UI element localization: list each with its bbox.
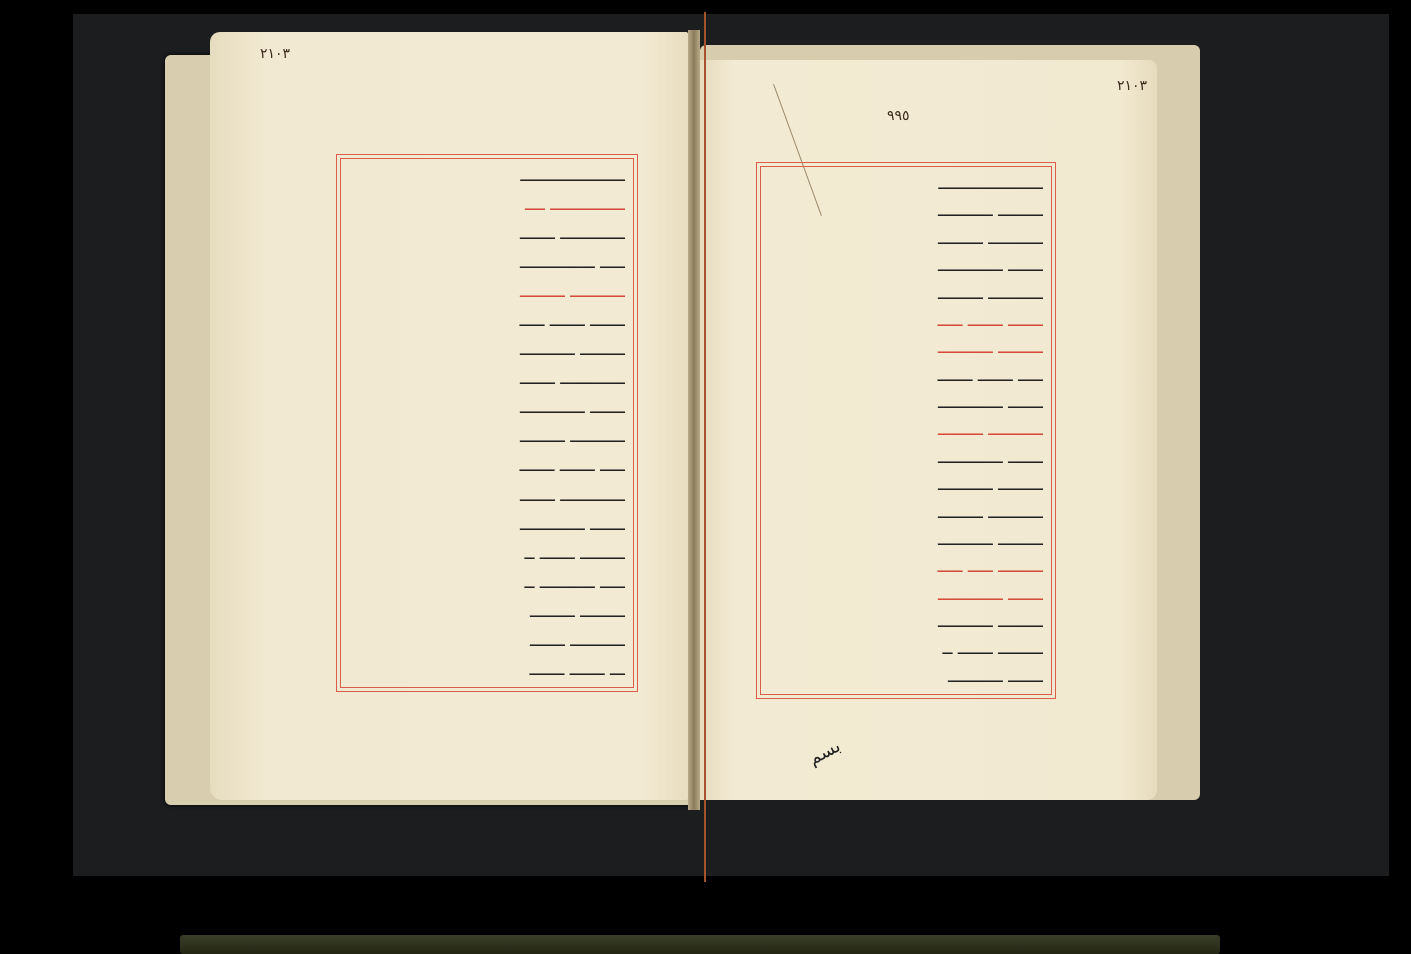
manuscript-line: ـــــــ ـــــــ ـــــ [349,308,625,334]
manuscript-line: ـــــــــــ ـــــــــ [769,226,1043,252]
manuscript-line: ـــــــــ ـــــــــــ [769,335,1043,361]
manuscript-line: ـــــــــ ـــــــــــ [349,337,625,363]
manuscript-line: ـــــ ـــــــــــــــ [349,250,625,276]
manuscript-line: ـــــــ ـــــــــــــ [769,390,1043,416]
manuscript-line: ـــــــــ ـــــــــــ [769,198,1043,224]
manuscript-line: ـــــــ ـــــــــــــ [349,512,625,538]
manuscript-line: ـــــــــ ـــــــــ [349,599,625,625]
manuscript-line: ـــــــ ـــــــــــــ [769,445,1043,471]
manuscript-line: ـــــــــــــ ـــــــ [349,221,625,247]
right-text-block: ــــــــــــــــــــــــــــــ ـــــــــ… [769,171,1043,690]
left-text-block: ــــــــــــــــــــــــــــــــــــ ـــ… [349,163,625,683]
book-spine [688,30,700,810]
manuscript-line: ـــــــــ ـــــــــــ [769,527,1043,553]
manuscript-line: ـــــــــــــــــــــ [769,171,1043,197]
manuscript-line: ـــــ ـــــــ ـــــــ [769,363,1043,389]
manuscript-line: ـــــــــــ ـــــــــ [769,417,1043,443]
manuscript-line: ـــــــــــــ ـــــــ [349,483,625,509]
film-strip-edge [180,935,1220,954]
manuscript-line: ـــــــ ـــــــ ـــــ [769,308,1043,334]
right-corner-folio: ٢١٠٣ [1117,78,1147,94]
manuscript-line: ـــــــــ ـــــــــــ [769,609,1043,635]
manuscript-line: ـــــــــــ ـــــــــ [349,424,625,450]
manuscript-line: ـــــــ ـــــــــــــ [769,253,1043,279]
manuscript-line: ـــــــــــــــ ــــ [349,192,625,218]
manuscript-line: ـــــــــ ـــــــــــ [769,472,1043,498]
manuscript-line: ـــــــــــــ ـــــــ [349,366,625,392]
manuscript-line: ـــــــــــ ـــــــــ [769,500,1043,526]
manuscript-line: ـــــــــ ـــــــ ــ [349,541,625,567]
manuscript-line: ـــــــــــــــــــــ [349,163,625,189]
manuscript-line: ـــــــ ـــــــــــــ [349,395,625,421]
manuscript-line: ـــــــــــ ـــــــ [349,628,625,654]
manuscript-line: ـــــــــ ـــــــ ــ [769,636,1043,662]
manuscript-line: ـــــــ ـــــــــــــ [769,582,1043,608]
right-page-number: ٩٩٥ [887,108,910,124]
manuscript-line: ـــــ ـــــــ ـــــــ [349,453,625,479]
right-text-frame: ــــــــــــــــــــــــــــــ ـــــــــ… [760,166,1052,695]
manuscript-line: ـــــــــ ـــــ ـــــ [769,554,1043,580]
manuscript-line: ـــــــــــ ـــــــــ [349,279,625,305]
binding-thread [704,12,706,882]
left-text-frame: ــــــــــــــــــــــــــــــــــــ ـــ… [340,158,634,688]
manuscript-line: ـــ ـــــــ ـــــــ [349,657,625,683]
manuscript-line: ـــــــ ـــــــــــ [769,664,1043,690]
left-corner-folio: ٢١٠٣ [260,46,290,62]
manuscript-line: ـــــ ـــــــــــ ــ [349,570,625,596]
manuscript-line: ـــــــــــ ـــــــــ [769,281,1043,307]
